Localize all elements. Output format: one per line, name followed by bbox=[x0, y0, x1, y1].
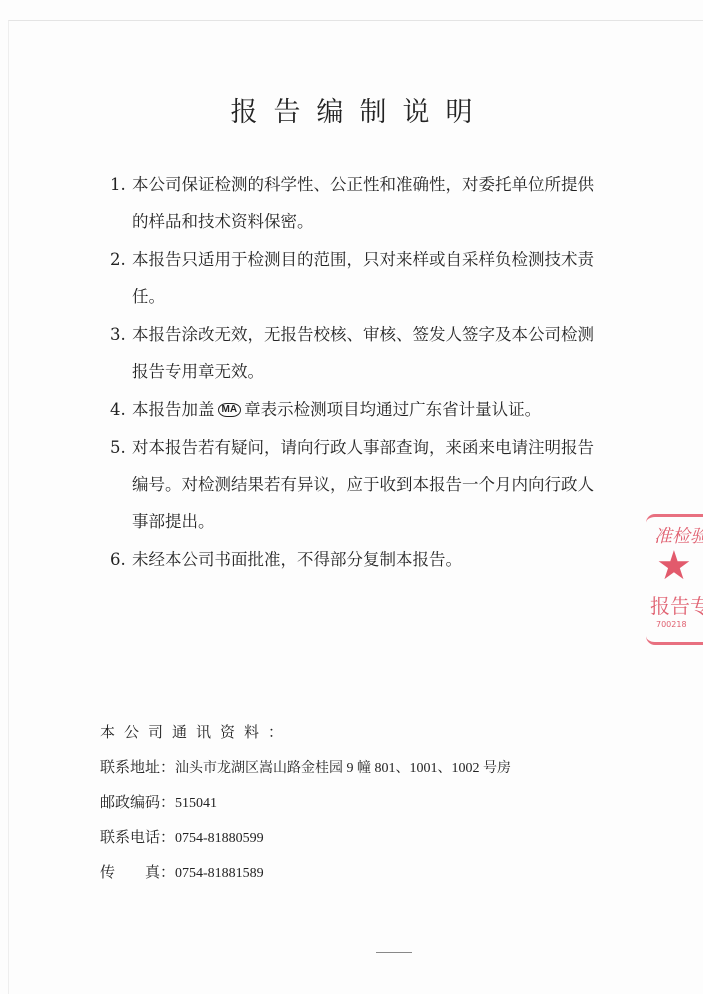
seal-bottom-text: 报告专用 bbox=[650, 590, 703, 619]
item-number: 1. bbox=[110, 166, 126, 203]
item-text-line: 本报告只适用于检测目的范围，只对来样或自采样负检测技术责 bbox=[132, 241, 624, 278]
list-item-4: 4. 本报告加盖MA章表示检测项目均通过广东省计量认证。 bbox=[104, 391, 624, 428]
item-text: 本报告加盖 bbox=[132, 400, 215, 419]
item-number: 4. bbox=[110, 391, 126, 428]
fax-row: 传 真：0754-81881589 bbox=[100, 858, 511, 893]
item-number: 3. bbox=[110, 316, 126, 353]
instructions-list: 1. 本公司保证检测的科学性、公正性和准确性，对委托单位所提供 的样品和技术资料… bbox=[104, 166, 624, 579]
list-item-2: 2. 本报告只适用于检测目的范围，只对来样或自采样负检测技术责 任。 bbox=[104, 241, 624, 315]
official-seal-stamp: 准检验 ★ 报告专用 700218 bbox=[642, 514, 703, 654]
item-text-line: 任。 bbox=[132, 278, 624, 315]
phone-row: 联系电话：0754-81880599 bbox=[100, 823, 511, 858]
address-label: 联系地址： bbox=[100, 758, 175, 776]
fax-label: 传 真： bbox=[100, 863, 175, 881]
address-value: 汕头市龙湖区嵩山路金桂园 9 幢 801、1001、1002 号房 bbox=[175, 761, 511, 776]
postcode-value: 515041 bbox=[175, 796, 217, 811]
item-text-line: 本报告涂改无效，无报告校核、审核、签发人签字及本公司检测 bbox=[132, 316, 624, 353]
item-text-line: 编号。对检测结果若有异议，应于收到本报告一个月内向行政人 bbox=[132, 466, 624, 503]
page-title: 报告编制说明 bbox=[0, 90, 703, 129]
item-text-line: 事部提出。 bbox=[132, 503, 624, 540]
item-text-line: 对本报告若有疑问，请向行政人事部查询，来函来电请注明报告 bbox=[132, 429, 624, 466]
item-number: 6. bbox=[110, 541, 126, 578]
seal-code: 700218 bbox=[656, 620, 687, 629]
item-text: 章表示检测项目均通过广东省计量认证。 bbox=[244, 400, 541, 419]
postcode-label: 邮政编码： bbox=[100, 793, 175, 811]
item-text-line: 本公司保证检测的科学性、公正性和准确性，对委托单位所提供 bbox=[132, 166, 624, 203]
address-row: 联系地址：汕头市龙湖区嵩山路金桂园 9 幢 801、1001、1002 号房 bbox=[100, 753, 511, 788]
list-item-5: 5. 对本报告若有疑问，请向行政人事部查询，来函来电请注明报告 编号。对检测结果… bbox=[104, 429, 624, 540]
item-text-line: 的样品和技术资料保密。 bbox=[132, 203, 624, 240]
footer-divider bbox=[376, 952, 412, 953]
contact-heading: 本公司通讯资料： bbox=[100, 718, 511, 753]
list-item-3: 3. 本报告涂改无效，无报告校核、审核、签发人签字及本公司检测 报告专用章无效。 bbox=[104, 316, 624, 390]
star-icon: ★ bbox=[656, 546, 692, 586]
phone-label: 联系电话： bbox=[100, 828, 175, 846]
item-text-line: 未经本公司书面批准，不得部分复制本报告。 bbox=[132, 541, 624, 578]
contact-info: 本公司通讯资料： 联系地址：汕头市龙湖区嵩山路金桂园 9 幢 801、1001、… bbox=[100, 718, 511, 893]
phone-value: 0754-81880599 bbox=[175, 831, 264, 846]
item-text-line: 本报告加盖MA章表示检测项目均通过广东省计量认证。 bbox=[132, 391, 624, 428]
item-number: 5. bbox=[110, 429, 126, 466]
fax-value: 0754-81881589 bbox=[175, 866, 264, 881]
item-text-line: 报告专用章无效。 bbox=[132, 353, 624, 390]
seal-border bbox=[646, 636, 703, 645]
list-item-6: 6. 未经本公司书面批准，不得部分复制本报告。 bbox=[104, 541, 624, 578]
item-number: 2. bbox=[110, 241, 126, 278]
cma-mark-icon: MA bbox=[218, 403, 242, 417]
postcode-row: 邮政编码：515041 bbox=[100, 788, 511, 823]
list-item-1: 1. 本公司保证检测的科学性、公正性和准确性，对委托单位所提供 的样品和技术资料… bbox=[104, 166, 624, 240]
